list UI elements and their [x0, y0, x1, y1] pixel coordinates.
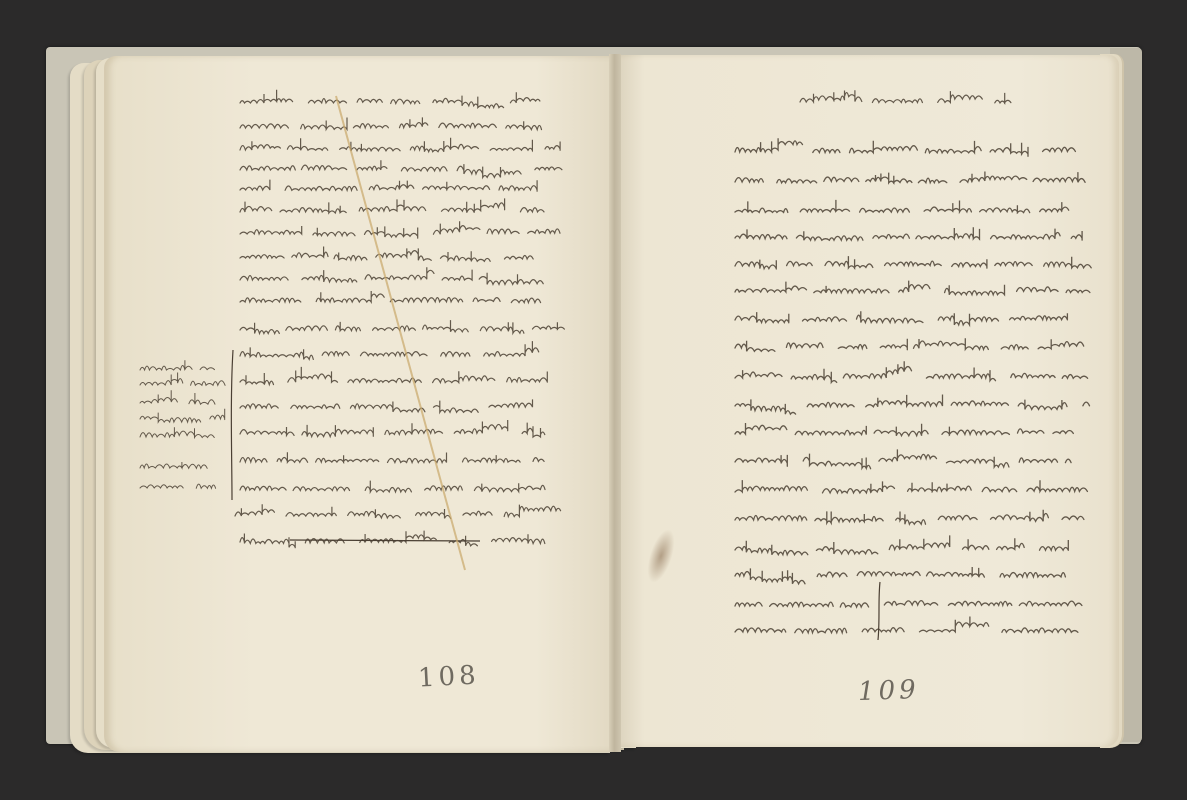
left-page: [104, 56, 612, 752]
right-page: [614, 55, 1119, 747]
manuscript-photo: 108 109: [0, 0, 1187, 800]
folio-number-left: 108: [417, 660, 480, 693]
folio-number-right: 109: [857, 675, 920, 707]
book-gutter: [609, 54, 621, 752]
